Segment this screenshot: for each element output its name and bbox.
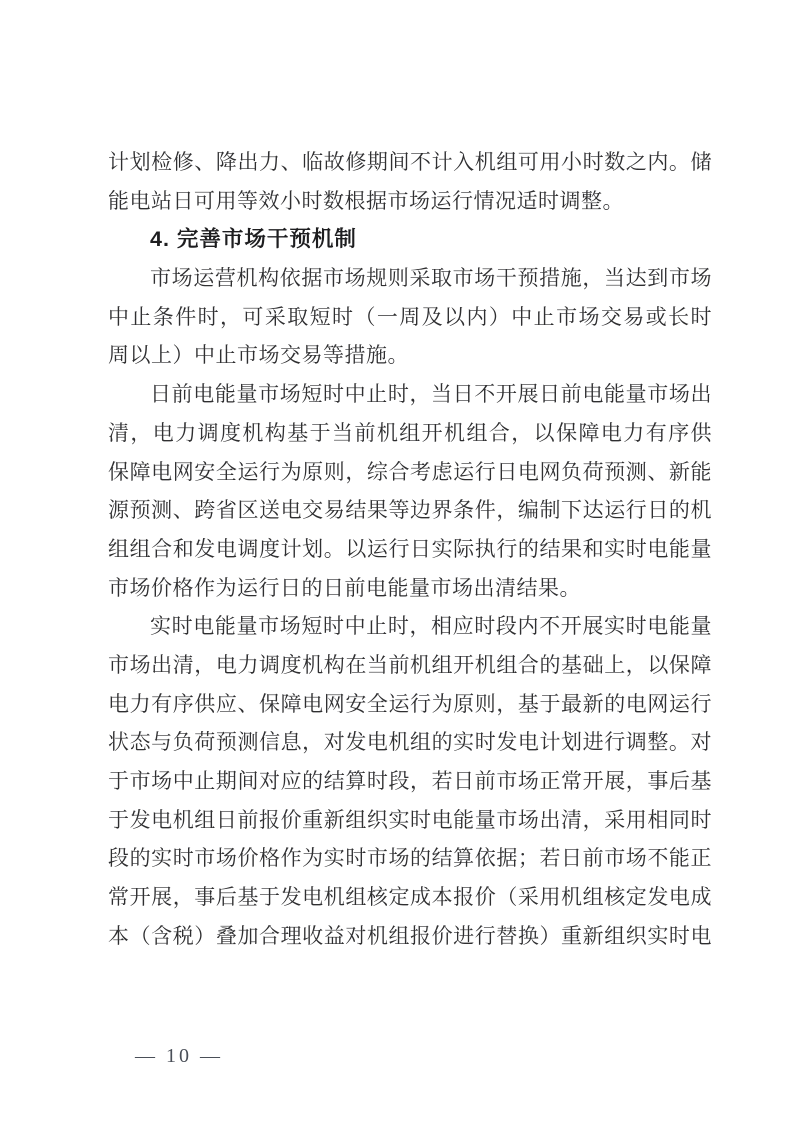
text-line: 能电站日可用等效小时数根据市场运行情况适时调整。 xyxy=(108,182,712,221)
paragraph: 日前电能量市场短时中止时，当日不开展日前电能量市场出清，电力调度机构基于当前机组… xyxy=(108,375,712,607)
page-number: — 10 — xyxy=(135,1044,223,1068)
document-page: 计划检修、降出力、临故修期间不计入机组可用小时数之内。储能电站日可用等效小时数根… xyxy=(0,0,800,1131)
text-line: 市场出清，电力调度机构在当前机组开机组合的基础上，以保障 xyxy=(108,646,712,685)
text-line: 常开展，事后基于发电机组核定成本报价（采用机组核定发电成 xyxy=(108,878,712,917)
section-heading: 4. 完善市场干预机制 xyxy=(108,220,712,259)
paragraph: 实时电能量市场短时中止时，相应时段内不开展实时电能量市场出清，电力调度机构在当前… xyxy=(108,607,712,955)
paragraph: 计划检修、降出力、临故修期间不计入机组可用小时数之内。储能电站日可用等效小时数根… xyxy=(108,143,712,220)
text-line: 实时电能量市场短时中止时，相应时段内不开展实时电能量 xyxy=(108,607,712,646)
text-line: 中止条件时，可采取短时（一周及以内）中止市场交易或长时（一 xyxy=(108,298,712,337)
text-line: 源预测、跨省区送电交易结果等边界条件，编制下达运行日的机 xyxy=(108,491,712,530)
text-line: 于发电机组日前报价重新组织实时电能量市场出清，采用相同时 xyxy=(108,801,712,840)
text-line: 本（含税）叠加合理收益对机组报价进行替换）重新组织实时电 xyxy=(108,917,712,956)
text-line: 市场价格作为运行日的日前电能量市场出清结果。 xyxy=(108,569,712,608)
text-line: 市场运营机构依据市场规则采取市场干预措施，当达到市场 xyxy=(108,259,712,298)
paragraph: 市场运营机构依据市场规则采取市场干预措施，当达到市场中止条件时，可采取短时（一周… xyxy=(108,259,712,375)
text-line: 保障电网安全运行为原则，综合考虑运行日电网负荷预测、新能 xyxy=(108,453,712,492)
text-line: 日前电能量市场短时中止时，当日不开展日前电能量市场出 xyxy=(108,375,712,414)
text-line: 于市场中止期间对应的结算时段，若日前市场正常开展，事后基 xyxy=(108,762,712,801)
text-line: 计划检修、降出力、临故修期间不计入机组可用小时数之内。储 xyxy=(108,143,712,182)
document-body: 计划检修、降出力、临故修期间不计入机组可用小时数之内。储能电站日可用等效小时数根… xyxy=(108,143,712,955)
text-line: 状态与负荷预测信息，对发电机组的实时发电计划进行调整。对 xyxy=(108,723,712,762)
text-line: 电力有序供应、保障电网安全运行为原则，基于最新的电网运行 xyxy=(108,685,712,724)
text-line: 组组合和发电调度计划。以运行日实际执行的结果和实时电能量 xyxy=(108,530,712,569)
text-line: 清，电力调度机构基于当前机组开机组合，以保障电力有序供应、 xyxy=(108,414,712,453)
text-line: 段的实时市场价格作为实时市场的结算依据；若日前市场不能正 xyxy=(108,839,712,878)
text-line: 周以上）中止市场交易等措施。 xyxy=(108,336,712,375)
